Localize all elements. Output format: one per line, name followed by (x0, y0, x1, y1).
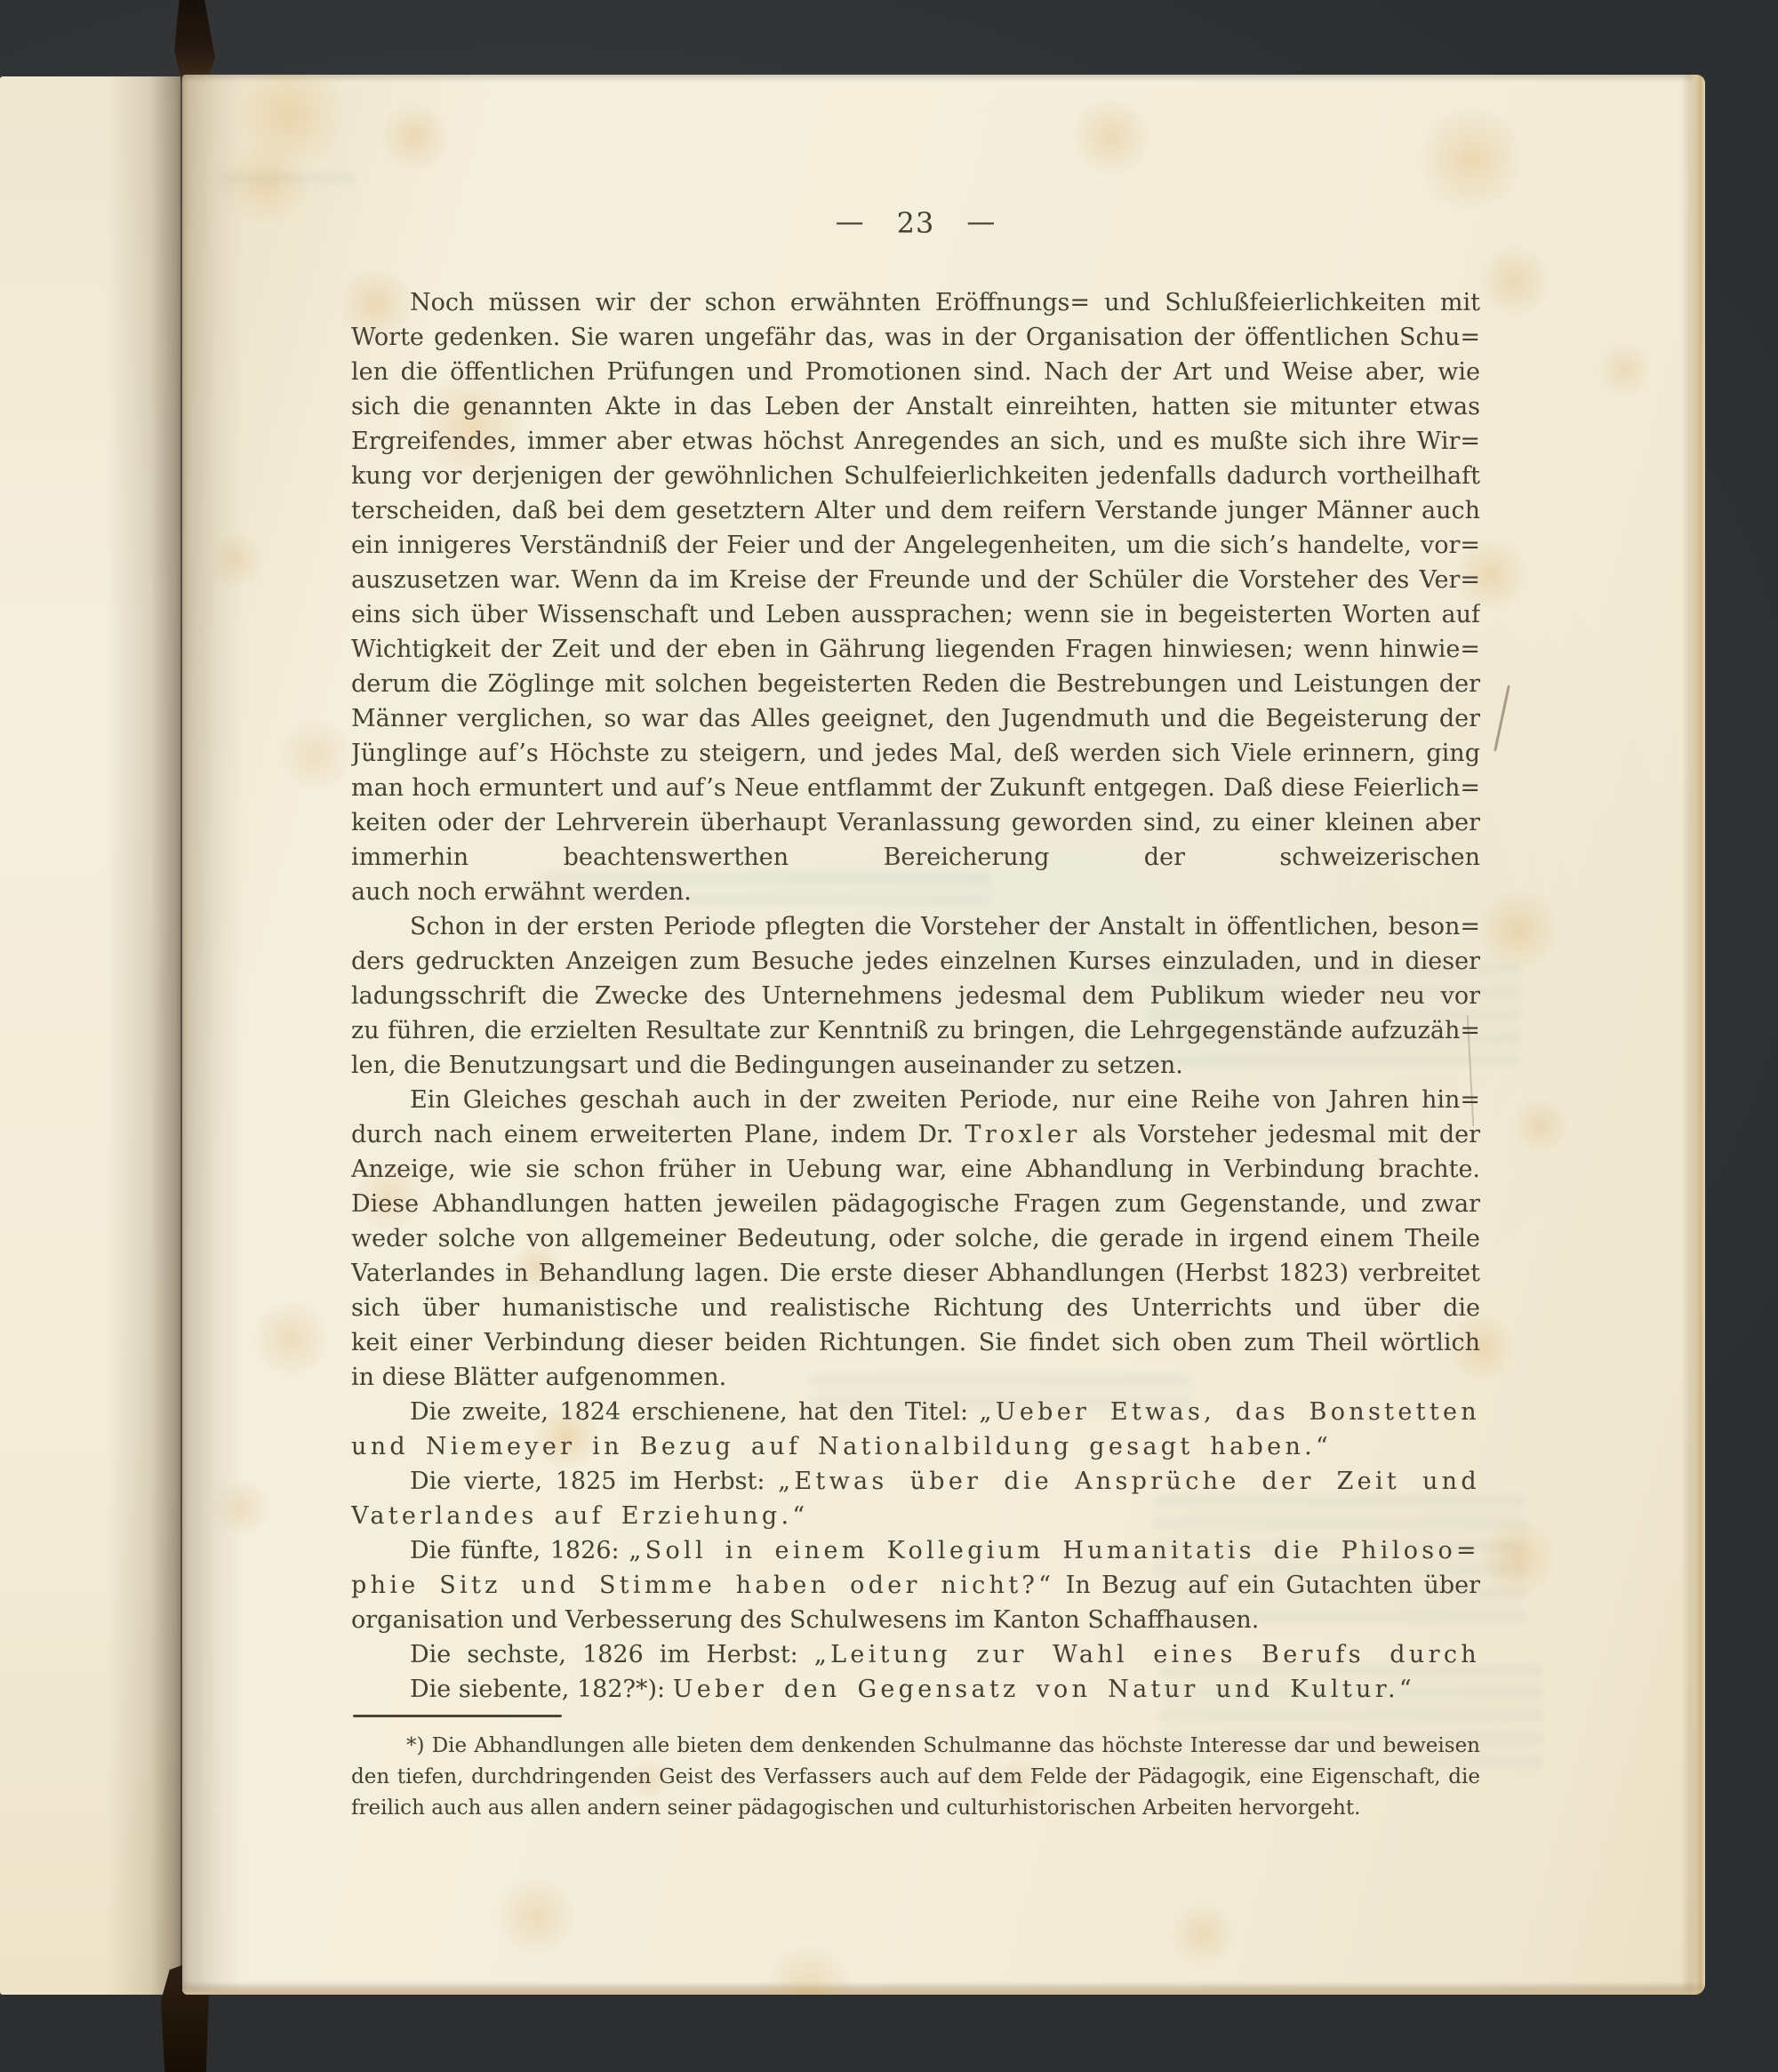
footnote: *) Die Abhandlungen alle bieten dem denk… (351, 1731, 1480, 1824)
text-line: zu führen, die erzielten Resultate zur K… (351, 1013, 1480, 1048)
text-line: keit einer Verbindung dieser beiden Rich… (351, 1325, 1480, 1360)
page-number: 23 (897, 206, 935, 240)
text-line: weder solche von allgemeiner Bedeutung, … (351, 1221, 1480, 1256)
footnote-rule (353, 1715, 562, 1717)
book-scan: { "colors": { "ink": "#473f33", "paper":… (0, 0, 1778, 2072)
text-line: Wichtigkeit der Zeit und der eben in Gäh… (351, 632, 1480, 667)
paragraph: Die fünfte, 1826: „Soll in einem Kollegi… (351, 1533, 1480, 1637)
text-line: phie Sitz und Stimme haben oder nicht?“ … (351, 1568, 1480, 1603)
text-line: und Niemeyer in Bezug auf Nationalbildun… (351, 1429, 1480, 1464)
paragraph: Ein Gleiches geschah auch in der zweiten… (351, 1083, 1480, 1395)
text-line: sich die genannten Akte in das Leben der… (351, 389, 1480, 424)
paragraph: Die zweite, 1824 erschienene, hat den Ti… (351, 1395, 1480, 1464)
paragraph: Schon in der ersten Periode pflegten die… (351, 909, 1480, 1083)
text-line: Anzeige, wie sie schon früher in Uebung … (351, 1152, 1480, 1187)
footnote-line: den tiefen, durchdringenden Geist des Ve… (351, 1762, 1480, 1793)
text-line: Die sechste, 1826 im Herbst: „Leitung zu… (351, 1637, 1480, 1672)
text-line: in diese Blätter aufgenommen. (351, 1360, 1480, 1395)
letterspaced-title: Vaterlandes auf Erziehung.“ (351, 1502, 809, 1530)
page-bottom-edge (182, 1981, 1705, 1995)
letterspaced-title: phie Sitz und Stimme haben oder nicht?“ (351, 1572, 1054, 1599)
text-line: Jünglinge auf’s Höchste zu steigern, und… (351, 736, 1480, 771)
text-line: Vaterlandes in Behandlung lagen. Die ers… (351, 1256, 1480, 1291)
letterspaced-title: „Ueber Etwas, das Bonstetten (979, 1398, 1480, 1426)
text-line: ladungsschrift die Zwecke des Unternehme… (351, 979, 1480, 1013)
text-line: Diese Abhandlungen hatten jeweilen pädag… (351, 1187, 1480, 1221)
letterspaced-title: und Niemeyer in Bezug auf Nationalbildun… (351, 1433, 1332, 1460)
text-line: Worte gedenken. Sie waren ungefähr das, … (351, 320, 1480, 355)
text-line: auszusetzen war. Wenn da im Kreise der F… (351, 563, 1480, 597)
text-line: sich über humanistische und realistische… (351, 1291, 1480, 1325)
text-line: kung vor derjenigen der gewöhnlichen Sch… (351, 459, 1480, 493)
text-line: organisation und Verbesserung des Schulw… (351, 1603, 1480, 1637)
text-line: Ein Gleiches geschah auch in der zweiten… (351, 1083, 1480, 1117)
text-line: man hoch ermuntert und auf’s Neue entfla… (351, 771, 1480, 805)
letterspaced-title: Ueber den Gegensatz von Natur und Kultur… (673, 1676, 1415, 1703)
footnote-line: freilich auch aus allen andern seiner pä… (351, 1793, 1480, 1824)
gutter-shadow (106, 76, 186, 1995)
text-line: immerhin beachtenswerthen Bereicherung d… (351, 840, 1480, 875)
text-line: Schon in der ersten Periode pflegten die… (351, 909, 1480, 944)
text-line: Die zweite, 1824 erschienene, hat den Ti… (351, 1395, 1480, 1429)
text-line: Vaterlandes auf Erziehung.“ (351, 1499, 1480, 1533)
text-line: ein innigeres Verständniß der Feier und … (351, 528, 1480, 563)
page-gutter-shading (182, 75, 244, 1995)
text-line: Die siebente, 182?*): Ueber den Gegensat… (351, 1672, 1480, 1707)
text-line: derum die Zöglinge mit solchen begeister… (351, 667, 1480, 701)
text-line: durch nach einem erweiterten Plane, inde… (351, 1117, 1480, 1152)
text-line: ders gedruckten Anzeigen zum Besuche jed… (351, 944, 1480, 979)
text-line: keiten oder der Lehrverein überhaupt Ver… (351, 805, 1480, 840)
text-line: eins sich über Wissenschaft und Leben au… (351, 597, 1480, 632)
body-text: Noch müssen wir der schon erwähnten Eröf… (351, 285, 1480, 1707)
scratch-mark (1494, 685, 1510, 752)
letterspaced-title: „Soll in einem Kollegium Humanitatis die… (629, 1537, 1480, 1564)
page-header: —23— (351, 205, 1480, 241)
paragraph: Noch müssen wir der schon erwähnten Eröf… (351, 285, 1480, 909)
letterspaced-title: Troxler (965, 1121, 1081, 1148)
paragraph: Die vierte, 1825 im Herbst: „Etwas über … (351, 1464, 1480, 1533)
text-line: Männer verglichen, so war das Alles geei… (351, 701, 1480, 736)
text-line: Die fünfte, 1826: „Soll in einem Kollegi… (351, 1533, 1480, 1568)
text-line: Die vierte, 1825 im Herbst: „Etwas über … (351, 1464, 1480, 1499)
header-dash-left: — (836, 204, 865, 238)
book-page: —23— Noch müssen wir der schon erwähnten… (182, 75, 1705, 1995)
text-line: len die öffentlichen Prüfungen und Promo… (351, 355, 1480, 389)
text-column: —23— Noch müssen wir der schon erwähnten… (351, 205, 1480, 1824)
paragraph: Die sechste, 1826 im Herbst: „Leitung zu… (351, 1637, 1480, 1672)
header-dash-right: — (966, 204, 996, 238)
text-line: auch noch erwähnt werden. (351, 875, 1480, 909)
text-line: Noch müssen wir der schon erwähnten Eröf… (351, 285, 1480, 320)
paragraph: Die siebente, 182?*): Ueber den Gegensat… (351, 1672, 1480, 1707)
text-line: len, die Benutzungsart und die Bedingung… (351, 1048, 1480, 1083)
footnote-line: *) Die Abhandlungen alle bieten dem denk… (351, 1731, 1480, 1762)
text-line: terscheiden, daß bei dem gesetztern Alte… (351, 493, 1480, 528)
facing-page-sliver (0, 76, 186, 1995)
text-line: Ergreifendes, immer aber etwas höchst An… (351, 424, 1480, 459)
page-edge-stack (1681, 75, 1705, 1995)
